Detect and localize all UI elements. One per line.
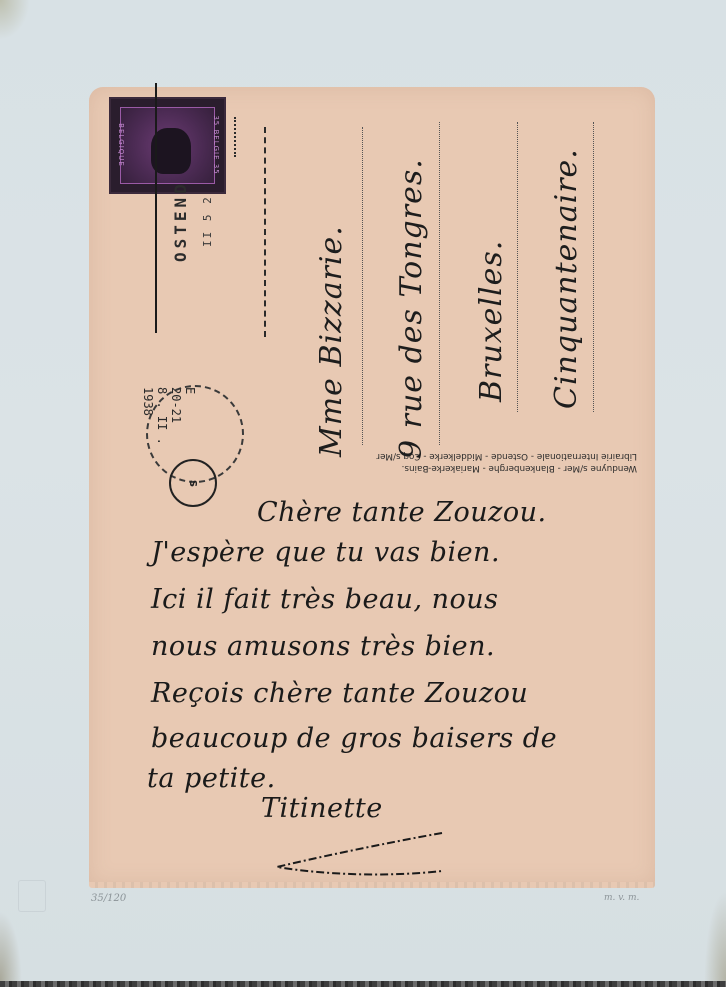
table-edge bbox=[0, 981, 726, 987]
message-line: Reçois chère tante Zouzou bbox=[151, 678, 528, 709]
stamp-country-text: BELGIQUE bbox=[117, 105, 125, 185]
message-line: ta petite. bbox=[147, 763, 276, 794]
cancellation-date: II 5 2 bbox=[201, 195, 214, 247]
postmark-day: 8 . II . bbox=[155, 387, 169, 445]
message-line: nous amusons très bien. bbox=[151, 631, 495, 662]
lion-crest-icon bbox=[151, 128, 191, 174]
signature-flourish bbox=[267, 827, 447, 879]
postage-stamp: BELGIQUE 35 BELGIE 35 bbox=[109, 97, 226, 194]
postmark-year: 1938 bbox=[141, 387, 155, 416]
blind-stamp-mark bbox=[18, 880, 46, 912]
postmark-date: E 20-21 8 . II . 1938 bbox=[141, 387, 197, 445]
postmark-seal-text: S bbox=[187, 479, 198, 486]
cancellation-bar bbox=[155, 83, 157, 333]
stamp-design bbox=[120, 107, 215, 184]
message-greeting: Chère tante Zouzou. bbox=[257, 497, 547, 528]
cancellation-dashes bbox=[234, 117, 237, 157]
address-line-guide bbox=[593, 122, 594, 412]
postmark-time: 20-21 bbox=[169, 387, 183, 423]
message-line: J'espère que tu vas bien. bbox=[151, 537, 500, 568]
postmark-seal: S bbox=[169, 459, 217, 507]
address-line-guide bbox=[517, 122, 518, 412]
edition-number: 35/120 bbox=[91, 893, 126, 904]
address-street: 9 rue des Tongres. bbox=[394, 158, 429, 459]
stamp-value-text: 35 BELGIE 35 bbox=[212, 105, 220, 185]
message-signature: Titinette bbox=[261, 793, 383, 824]
cancellation-dashes bbox=[264, 127, 267, 337]
cancellation-city: OSTEND bbox=[171, 180, 190, 262]
message-line: Ici il fait très beau, nous bbox=[151, 584, 499, 615]
address-district: Cinquantenaire. bbox=[549, 148, 584, 409]
print-sheet: BELGIQUE 35 BELGIE 35 OSTEND II 5 2 E 20… bbox=[0, 0, 726, 987]
message-line: beaucoup de gros baisers de bbox=[151, 723, 557, 754]
paper-stain bbox=[0, 0, 30, 40]
address-line-guide bbox=[439, 122, 440, 445]
imprint-line-2: Wenduyne s/Mer - Blankenberghe - Mariake… bbox=[257, 462, 637, 474]
postmark-letter: E bbox=[183, 387, 197, 394]
address-line-guide bbox=[362, 127, 363, 445]
address-city: Bruxelles. bbox=[474, 240, 509, 402]
postcard: BELGIQUE 35 BELGIE 35 OSTEND II 5 2 E 20… bbox=[89, 87, 655, 885]
paper-stain bbox=[704, 891, 726, 981]
address-recipient: Mme Bizzarie. bbox=[314, 225, 349, 457]
paper-stain bbox=[0, 911, 22, 981]
artist-signature: m. v. m. bbox=[604, 893, 639, 903]
